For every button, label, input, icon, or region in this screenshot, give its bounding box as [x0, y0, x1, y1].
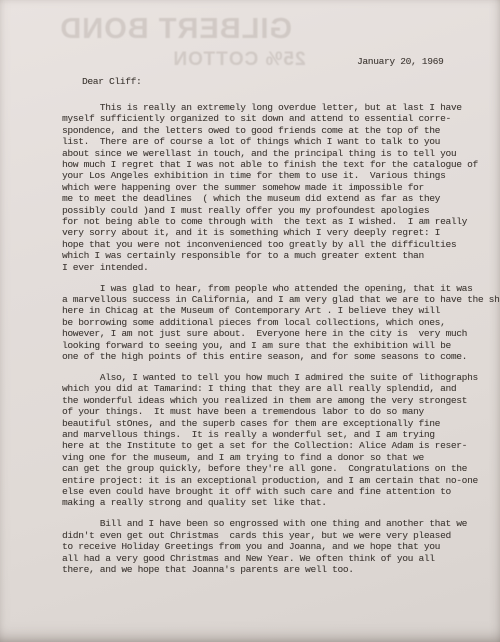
letter-body: This is really an extremely long overdue… — [62, 102, 500, 585]
letter-paragraph: This is really an extremely long overdue… — [62, 102, 500, 273]
letter-paragraph: Bill and I have been so engrossed with o… — [62, 518, 500, 575]
letter-paragraph: I was glad to hear, from people who atte… — [62, 283, 500, 363]
paper-watermark-cotton: 25% COTTON — [168, 49, 310, 71]
letter-date: January 20, 1969 — [357, 56, 443, 67]
letter-page: GILBERT BOND 25% COTTON January 20, 1969… — [0, 0, 500, 642]
letter-paragraph: Also, I wanted to tell you how much I ad… — [62, 372, 500, 509]
paper-watermark-brand: GILBERT BOND — [74, 13, 292, 46]
letter-salutation: Dear Cliff: — [82, 76, 141, 87]
